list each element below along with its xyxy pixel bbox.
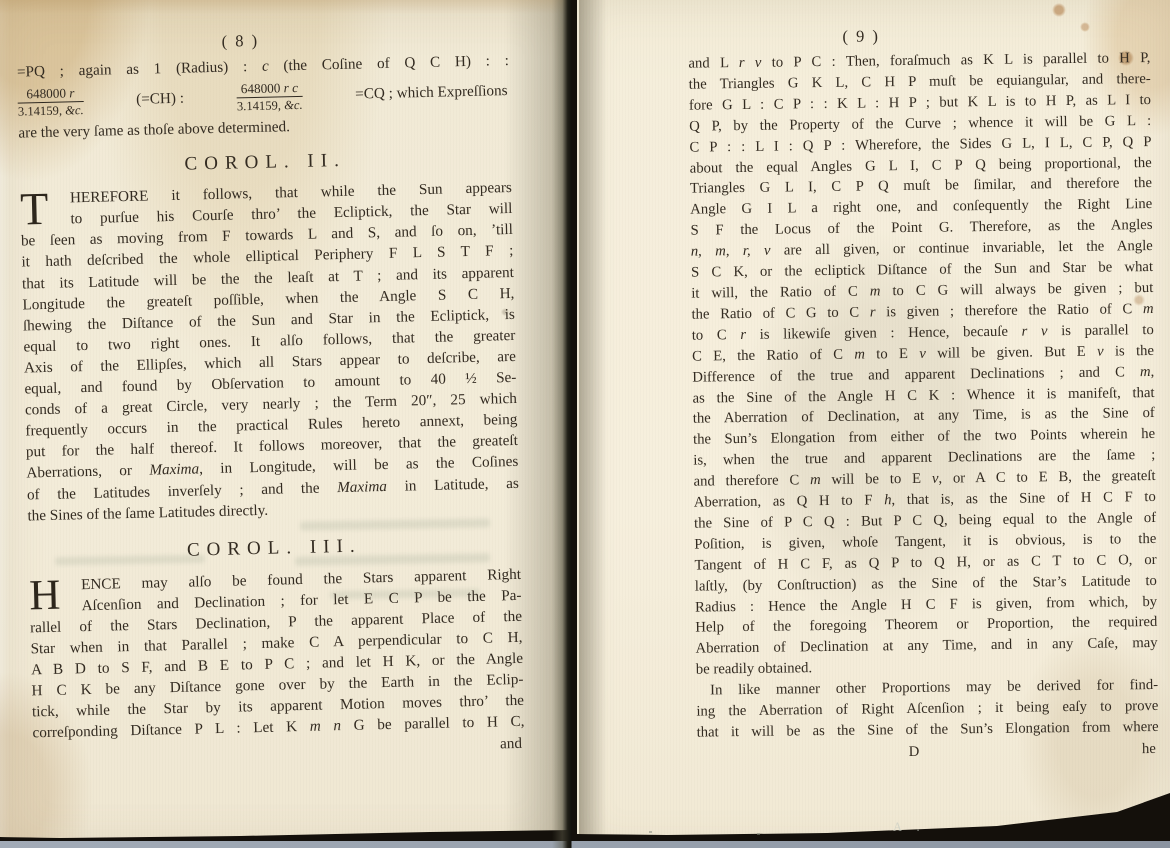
edge-dot (649, 831, 652, 833)
fraction-denominator: 3.14159, &c. (18, 102, 84, 119)
corol-2-paragraph: T HEREFORE it follows, that while the Su… (20, 177, 520, 526)
fraction-numerator: 648000 r c (236, 80, 302, 99)
gutter-shadow (577, 0, 607, 848)
page-edge-mark: A . (893, 820, 926, 835)
fraction-numerator: 648000 r (17, 85, 83, 104)
main-paragraph: and L r v to P C : Then, foraſmuch as K … (688, 48, 1158, 681)
equation-text: (=CH) : (136, 90, 184, 109)
drop-cap: H (29, 575, 61, 616)
page-number: ( 9 ) (688, 23, 1034, 49)
fraction: 648000 r 3.14159, &c. (17, 85, 84, 119)
left-page: ( 8 ) =PQ ; again as 1 (Radius) : c (the… (0, 0, 568, 848)
book-photo: ( 8 ) =PQ ; again as 1 (Radius) : c (the… (0, 0, 1170, 848)
fraction: 648000 r c 3.14159, &c. (236, 80, 303, 114)
corol-3-paragraph: H ENCE may alſo be found the Stars appar… (29, 564, 525, 744)
second-paragraph: In like manner other Proportions may be … (696, 675, 1159, 743)
left-page-text: ( 8 ) =PQ ; again as 1 (Radius) : c (the… (16, 24, 525, 766)
right-page-text: ( 9 ) and L r v to P C : Then, foraſmuch… (688, 22, 1159, 765)
equation-text: =CQ ; which Expreſſions (355, 82, 508, 104)
book-edge-strip (0, 841, 1170, 848)
signature-mark: D (909, 742, 920, 763)
section-heading-corol-2: COROL. II. (19, 146, 511, 180)
page-footer: D he (697, 739, 1159, 766)
drop-cap: T (20, 189, 49, 230)
edge-dot (757, 833, 760, 835)
catchword: he (1142, 739, 1156, 760)
intro-paragraph: =PQ ; again as 1 (Radius) : c (the Coſin… (17, 50, 511, 144)
section-heading-corol-3: COROL. III. (28, 532, 520, 566)
fraction-denominator: 3.14159, &c. (237, 97, 303, 114)
corol-3-body: ENCE may alſo be found the Stars apparen… (29, 564, 525, 744)
right-page: ( 9 ) and L r v to P C : Then, foraſmuch… (577, 0, 1170, 848)
corol-2-body: HEREFORE it follows, that while the Sun … (20, 177, 520, 526)
